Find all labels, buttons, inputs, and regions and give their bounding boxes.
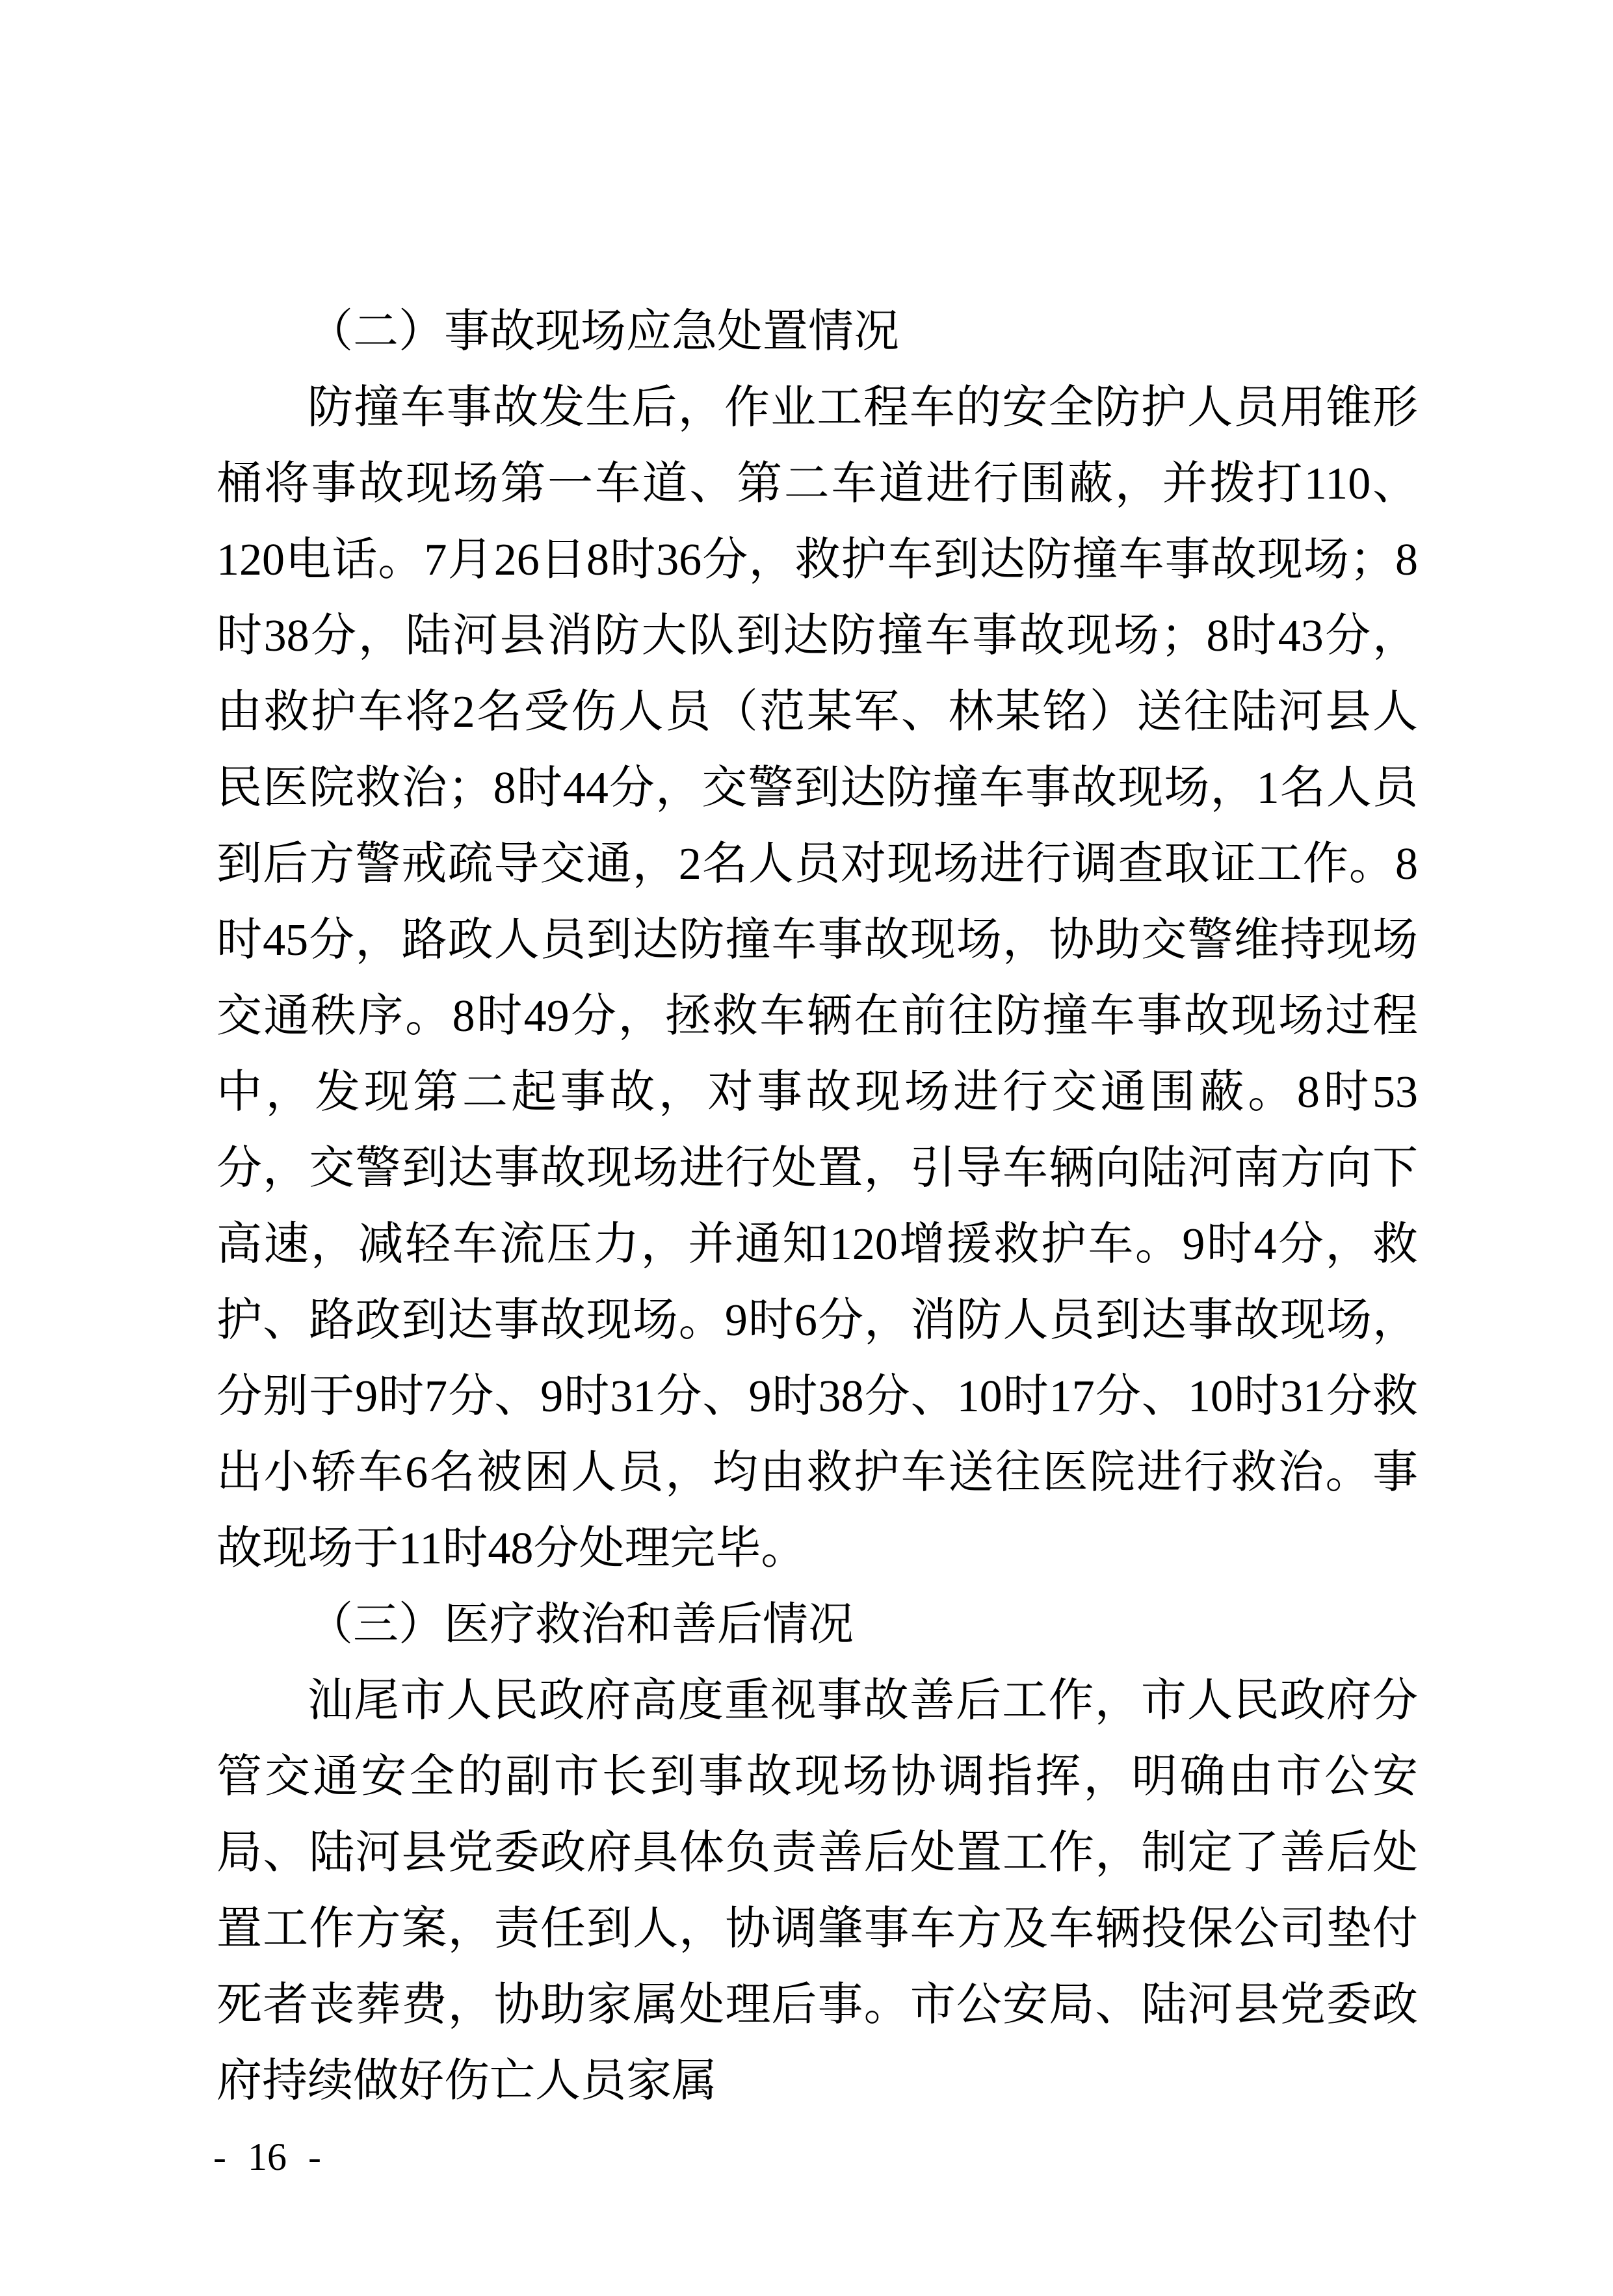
section-heading-accident-scene-emergency-response: （二）事故现场应急处置情况 — [216, 294, 1418, 370]
document-body: （二）事故现场应急处置情况 防撞车事故发生后，作业工程车的安全防护人员用锥形桶将… — [216, 294, 1418, 2119]
paragraph-emergency-response-details: 防撞车事故发生后，作业工程车的安全防护人员用锥形桶将事故现场第一车道、第二车道进… — [216, 370, 1418, 1587]
paragraph-medical-aftermath-details: 汕尾市人民政府高度重视事故善后工作，市人民政府分管交通安全的副市长到事故现场协调… — [216, 1663, 1418, 2119]
section-heading-medical-treatment-aftermath: （三）医疗救治和善后情况 — [216, 1587, 1418, 1663]
page-number: - 16 - — [213, 2134, 321, 2180]
document-page: （二）事故现场应急处置情况 防撞车事故发生后，作业工程车的安全防护人员用锥形桶将… — [0, 0, 1613, 2296]
